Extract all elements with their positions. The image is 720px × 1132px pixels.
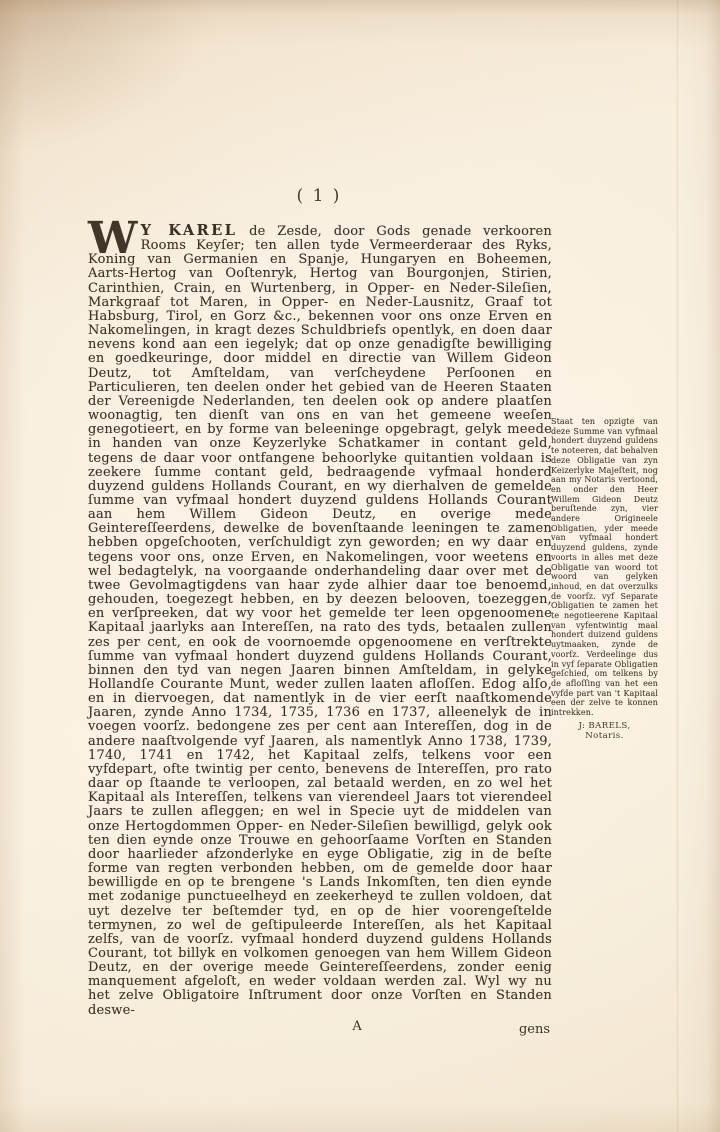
document-page: ( 1 ) WY KAREL de Zesde, door Gods genad… [0, 0, 720, 1132]
drop-cap: W [88, 224, 141, 252]
main-text-block: WY KAREL de Zesde, door Gods genade verk… [88, 224, 552, 1035]
intro-caps: Y KAREL [141, 222, 238, 239]
gathering-mark: A [352, 1019, 361, 1034]
notary-name: J: BARELS, [551, 721, 658, 731]
catchword-line: A gens [88, 1019, 552, 1035]
page-number: ( 1 ) [88, 186, 550, 206]
body-text: de Zesde, door Gods genade verkooren Roo… [88, 224, 552, 1018]
catchword: gens [519, 1022, 550, 1037]
body-paragraph: WY KAREL de Zesde, door Gods genade verk… [88, 224, 552, 1018]
margin-note-text: Staat ten opzigte van deze Summe van vyf… [551, 417, 658, 718]
notary-signature: J: BARELS, Notaris. [551, 721, 658, 741]
notary-title: Notaris. [551, 731, 658, 741]
margin-note: Staat ten opzigte van deze Summe van vyf… [551, 417, 658, 741]
